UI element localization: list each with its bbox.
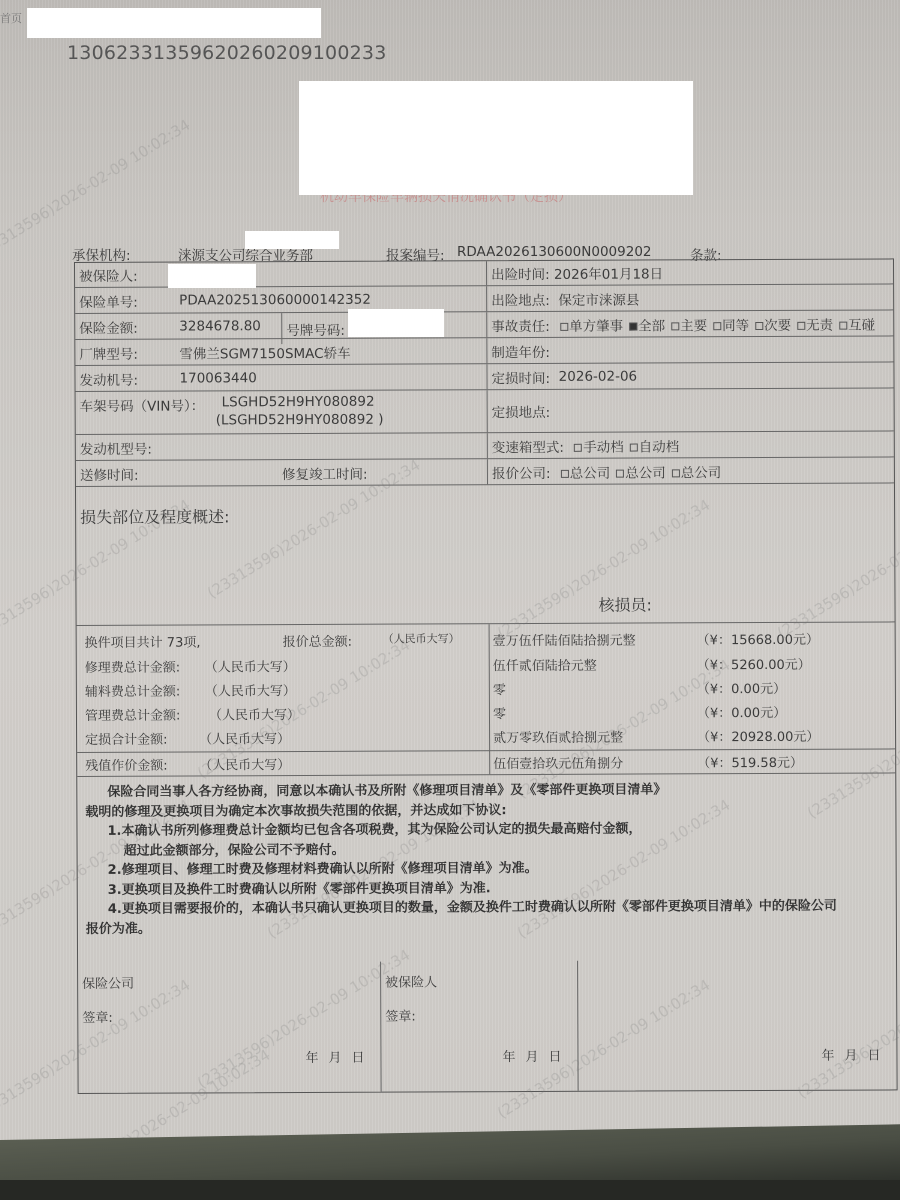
seal-label: 签章: (82, 1007, 112, 1026)
divider (489, 624, 491, 774)
repair-send-label: 送修时间: (80, 463, 139, 483)
fee-label: 定损合计金额: (85, 729, 167, 748)
fee-numeric-amount: （¥：0.00元） (697, 702, 786, 721)
checkbox-icon[interactable] (797, 321, 805, 329)
fee-row: 换件项目共计 73项,报价总金额:（人民币大写） (85, 631, 201, 651)
liability-option-label: 互碰 (848, 317, 875, 333)
signature-title: 被保险人 (385, 971, 437, 990)
fee-unit: （人民币大写） (199, 754, 290, 773)
fee-label: 残值作价金额: (85, 755, 167, 774)
date-label: 年月日 (305, 1047, 374, 1066)
model-value: 雪佛兰SGM7150SMAC轿车 (179, 341, 350, 362)
tab-hint: 首页 (0, 10, 22, 26)
liability-option-label: 同等 (722, 318, 749, 334)
agreement-text: 保险合同当事人各方经协商，同意以本确认书及所附《修理项目清单》及《零部件更换项目… (77, 773, 896, 963)
fee-row: 定损合计金额:（人民币大写） (85, 729, 167, 748)
policy-no-value: PDAA202513060000142352 (179, 291, 371, 308)
quote-company-option[interactable]: 总公司 (555, 465, 611, 481)
accident-time-label: 出险时间: (491, 263, 550, 283)
vin-label: 车架号码（VIN号）： (80, 394, 205, 415)
signature-cell: 年月日 (578, 959, 897, 1090)
gearbox-option-label: 手动档 (583, 439, 624, 455)
fee-unit: （人民币大写） (205, 680, 296, 699)
fee-label: 管理费总计金额: (85, 705, 180, 724)
fee-row: 辅料费总计金额:（人民币大写） (85, 681, 180, 700)
agreement-line: 报价为准。 (86, 916, 892, 939)
fee-capital-amount: 伍仟贰佰陆拾元整 (493, 655, 597, 674)
checkbox-icon[interactable] (839, 321, 847, 329)
assess-time-label: 定损时间: (491, 366, 550, 386)
fee-capital-amount: 伍佰壹拾玖元伍角捌分 (493, 753, 623, 773)
document-id: 13062331359620260209100233 (67, 42, 387, 64)
insured-label: 被保险人: (79, 265, 138, 285)
monitor-bezel-edge (0, 1180, 900, 1200)
checkbox-icon[interactable] (671, 322, 679, 330)
liability-option-label: 全部 (638, 318, 665, 334)
quote-company-option-label: 总公司 (681, 465, 722, 481)
checked-box-icon[interactable] (629, 322, 637, 330)
fee-numeric-amount: （¥：519.58元） (697, 752, 803, 771)
checkbox-icon[interactable] (713, 322, 721, 330)
checkbox-icon[interactable] (616, 469, 624, 477)
signature-cell: 被保险人签章:年月日 (381, 961, 579, 1092)
fee-unit: （人民币大写） (383, 630, 460, 646)
checkbox-icon[interactable] (630, 443, 638, 451)
fee-numeric-amount: （¥：20928.00元） (697, 726, 819, 746)
fee-label: 修理费总计金额: (85, 657, 180, 676)
liability-option[interactable]: 单方肇事 (554, 318, 623, 334)
policy-no-label: 保险单号: (79, 290, 138, 310)
model-label: 厂牌型号: (79, 342, 138, 362)
parts-count: 换件项目共计 73项, (85, 635, 201, 651)
checkbox-icon[interactable] (560, 322, 568, 330)
document-photo: 首页 13062331359620260209100233 机动车保险车辆损失情… (0, 0, 900, 1140)
fee-numeric-amount: （¥：5260.00元） (697, 654, 811, 673)
gearbox-group: 变速箱型式: 手动档自动档 (488, 431, 894, 458)
redaction-box (299, 81, 693, 195)
liability-group: 事故责任: 单方肇事全部主要同等次要无责互碰 (487, 310, 893, 337)
quote-company-option[interactable]: 总公司 (610, 465, 666, 481)
gearbox-option[interactable]: 手动档 (568, 439, 624, 455)
checkbox-icon[interactable] (561, 469, 569, 477)
fee-capital-amount: 壹万伍仟陆佰陆拾捌元整 (493, 630, 636, 650)
fee-numeric-amount: （¥：15668.00元） (697, 629, 819, 649)
fee-label: 辅料费总计金额: (85, 681, 180, 700)
mfg-year-label: 制造年份: (491, 340, 550, 360)
accident-place-value: 保定市涞源县 (558, 288, 639, 308)
accident-place-label: 出险地点: (491, 288, 550, 308)
vin-value: LSGHD52H9HY080892 (222, 394, 375, 411)
quote-company-option[interactable]: 总公司 (666, 465, 722, 481)
fee-row: 修理费总计金额:（人民币大写） (85, 657, 180, 676)
redaction-box (27, 8, 321, 38)
quote-company-group: 报价公司: 总公司总公司总公司 (488, 457, 894, 484)
fee-row: 残值作价金额:（人民币大写） (85, 755, 167, 774)
damage-description-box: 损失部位及程度概述: 核损员: (76, 483, 895, 626)
engine-no-value: 170063440 (179, 370, 256, 386)
liability-option[interactable]: 同等 (707, 318, 749, 334)
claim-table: 被保险人: 出险时间: 2026年01月18日 保险单号:PDAA2025130… (74, 258, 898, 1094)
fee-unit: （人民币大写） (199, 728, 290, 747)
liability-option[interactable]: 主要 (665, 318, 707, 334)
checkbox-icon[interactable] (672, 469, 680, 477)
redaction-box (168, 264, 256, 288)
watermark: (23313596)2026-02-09 10:02:34 (0, 116, 193, 262)
seal-label: 签章: (385, 1006, 415, 1025)
fee-numeric-amount: （¥：0.00元） (697, 678, 786, 697)
checkbox-icon[interactable] (755, 321, 763, 329)
repair-done-label: 修复竣工时间: (282, 462, 368, 482)
fee-capital-amount: 贰万零玖佰贰拾捌元整 (493, 727, 623, 747)
liability-option-label: 无责 (806, 317, 833, 333)
engine-no-label: 发动机号: (79, 368, 138, 388)
liability-option[interactable]: 全部 (623, 318, 665, 334)
fee-capital-amount: 零 (493, 679, 506, 698)
liability-option-label: 次要 (764, 317, 791, 333)
assessor-label: 核损员: (598, 592, 652, 615)
checkbox-icon[interactable] (574, 443, 582, 451)
fee-capital-amount: 零 (493, 703, 506, 722)
quote-company-option-label: 总公司 (625, 465, 666, 481)
plate-label: 号牌号码: (286, 318, 345, 338)
quote-company-option-label: 总公司 (570, 465, 611, 481)
signature-cell: 保险公司签章:年月日 (78, 962, 382, 1093)
liability-option[interactable]: 次要 (749, 317, 791, 333)
date-label: 年月日 (502, 1046, 571, 1065)
accident-time-value: 2026年01月18日 (554, 262, 663, 282)
insured-amount-value: 3284678.80 (179, 318, 261, 334)
redaction-box (348, 309, 444, 337)
assess-time-value: 2026-02-06 (559, 368, 638, 384)
fee-unit: （人民币大写） (205, 656, 296, 675)
date-label: 年月日 (821, 1044, 890, 1063)
damage-desc-label: 损失部位及程度概述: (80, 504, 230, 528)
fee-summary: 换件项目共计 73项,报价总金额:（人民币大写）壹万伍仟陆佰陆拾捌元整（¥：15… (77, 622, 896, 777)
signature-title: 保险公司 (82, 973, 134, 992)
engine-model-label: 发动机型号: (80, 437, 152, 457)
fee-unit: （人民币大写） (209, 704, 300, 723)
fee-label: 报价总金额: (283, 631, 352, 650)
liability-option-label: 主要 (680, 318, 707, 334)
signature-area: 保险公司签章:年月日被保险人签章:年月日年月日 (78, 959, 897, 1093)
report-no-value: RDAA2026130600N0009202 (457, 244, 652, 260)
redaction-box (245, 231, 339, 249)
liability-option[interactable]: 互碰 (833, 317, 875, 333)
liability-option[interactable]: 无责 (791, 317, 833, 333)
gearbox-option[interactable]: 自动档 (624, 439, 680, 455)
fee-row: 管理费总计金额:（人民币大写） (85, 705, 180, 724)
vin-value-2: (LSGHD52H9HY080892 ) (216, 412, 384, 429)
insured-amount-label: 保险金额: (79, 316, 138, 336)
gearbox-option-label: 自动档 (639, 439, 680, 455)
agreement-line: 4.更换项目需要报价的，本确认书只确认更换项目的数量，金额及换件工时费确认以所附… (86, 896, 892, 919)
assess-place-label: 定损地点: (492, 401, 551, 421)
liability-option-label: 单方肇事 (569, 318, 623, 334)
